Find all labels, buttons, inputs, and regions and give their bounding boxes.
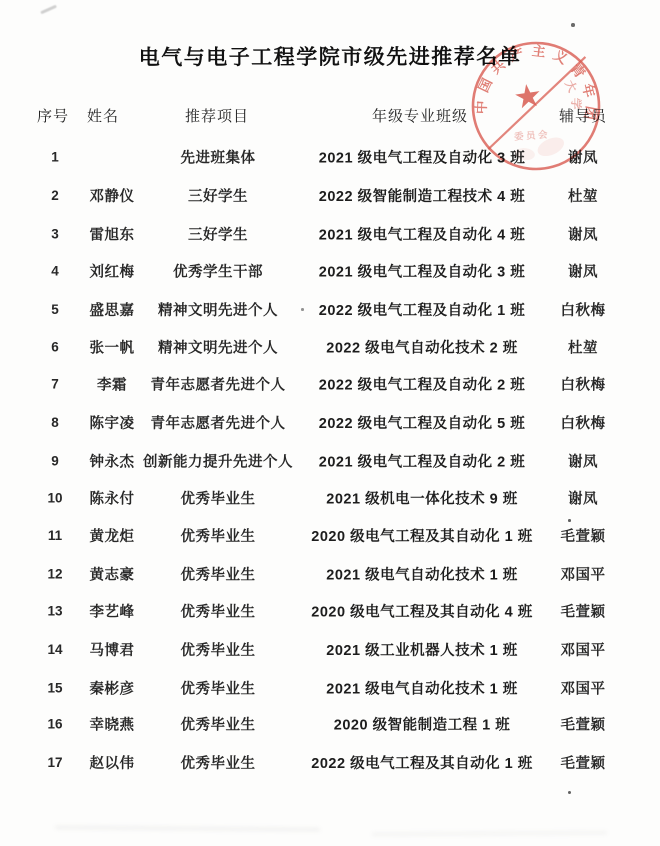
cell-counselor: 谢凤: [533, 479, 633, 517]
cell-class: 2021 级电气自动化技术 1 班: [302, 555, 542, 593]
cell-class: 2022 级电气工程及自动化 1 班: [302, 290, 542, 328]
scan-artifact-smudge: [40, 5, 57, 14]
cell-class: 2020 级智能制造工程 1 班: [302, 706, 542, 744]
cell-class: 2021 级工业机器人技术 1 班: [302, 630, 542, 668]
table-row: 13 李艺峰 优秀毕业生 2020 级电气工程及其自动化 4 班 毛萱颖: [0, 592, 660, 630]
table-row: 8 陈宇凌 青年志愿者先进个人 2022 级电气工程及自动化 5 班 白秋梅: [0, 404, 660, 442]
cell-project: 优秀毕业生: [138, 669, 298, 707]
cell-counselor: 毛萱颖: [533, 592, 633, 630]
cell-project: 先进班集体: [138, 139, 298, 177]
cell-project: 三好学生: [138, 215, 298, 253]
cell-counselor: 谢凤: [533, 252, 633, 290]
star-icon: ★: [511, 76, 544, 116]
cell-counselor: 白秋梅: [533, 404, 633, 442]
table-row: 4 刘红梅 优秀学生干部 2021 级电气工程及自动化 3 班 谢凤: [0, 252, 660, 290]
cell-class: 2022 级电气工程及自动化 2 班: [302, 365, 542, 403]
cell-class: 2021 级机电一体化技术 9 班: [302, 479, 542, 517]
cell-project: 三好学生: [138, 177, 298, 215]
cell-project: 创新能力提升先进个人: [138, 442, 298, 480]
seal-ink-blot: [514, 147, 535, 161]
cell-project: 优秀毕业生: [138, 555, 298, 593]
cell-counselor: 毛萱颖: [533, 744, 633, 782]
header-project: 推荐项目: [137, 103, 297, 127]
table-row: 12 黄志豪 优秀毕业生 2021 级电气自动化技术 1 班 邓国平: [0, 555, 660, 593]
cell-project: 精神文明先进个人: [138, 290, 298, 328]
table-row: 6 张一帆 精神文明先进个人 2022 级电气自动化技术 2 班 杜堃: [0, 329, 660, 367]
scanned-document-page: 电气与电子工程学院市级先进推荐名单 序号 姓名 推荐项目 年级专业班级 辅导员 …: [0, 0, 660, 846]
cell-counselor: 白秋梅: [533, 290, 633, 328]
cell-project: 优秀毕业生: [138, 744, 298, 782]
cell-counselor: 谢凤: [533, 442, 633, 480]
cell-class: 2022 级电气工程及其自动化 1 班: [302, 744, 542, 782]
cell-project: 优秀学生干部: [138, 252, 298, 290]
cell-counselor: 邓国平: [533, 669, 633, 707]
scan-artifact-streak: [372, 831, 607, 836]
cell-project: 精神文明先进个人: [138, 329, 298, 367]
cell-class: 2022 级电气自动化技术 2 班: [302, 329, 542, 367]
cell-class: 2020 级电气工程及其自动化 4 班: [302, 592, 542, 630]
cell-project: 优秀毕业生: [138, 479, 298, 517]
cell-counselor: 白秋梅: [533, 365, 633, 403]
youth-league-seal: 中国共产主义青年团 大学 委员会 ★: [452, 22, 619, 189]
table-row: 14 马博君 优秀毕业生 2021 级工业机器人技术 1 班 邓国平: [0, 630, 660, 668]
cell-class: 2021 级电气工程及自动化 4 班: [302, 215, 542, 253]
table-row: 7 李霜 青年志愿者先进个人 2022 级电气工程及自动化 2 班 白秋梅: [0, 365, 660, 403]
scan-artifact-dot: [568, 791, 571, 794]
cell-counselor: 谢凤: [533, 215, 633, 253]
cell-class: 2021 级电气工程及自动化 3 班: [302, 252, 542, 290]
cell-class: 2022 级智能制造工程技术 4 班: [302, 177, 542, 215]
cell-class: 2021 级电气工程及自动化 2 班: [302, 442, 542, 480]
cell-counselor: 邓国平: [533, 555, 633, 593]
cell-class: 2022 级电气工程及自动化 5 班: [302, 404, 542, 442]
cell-class: 2021 级电气自动化技术 1 班: [302, 669, 542, 707]
table-row: 15 秦彬彦 优秀毕业生 2021 级电气自动化技术 1 班 邓国平: [0, 669, 660, 707]
table-row: 3 雷旭东 三好学生 2021 级电气工程及自动化 4 班 谢凤: [0, 215, 660, 253]
table-row: 17 赵以伟 优秀毕业生 2022 级电气工程及其自动化 1 班 毛萱颖: [0, 744, 660, 782]
table-row: 9 钟永杰 创新能力提升先进个人 2021 级电气工程及自动化 2 班 谢凤: [0, 442, 660, 480]
cell-counselor: 毛萱颖: [533, 517, 633, 555]
table-row: 5 盛思嘉 精神文明先进个人 2022 级电气工程及自动化 1 班 白秋梅: [0, 290, 660, 328]
table-row: 11 黄龙炬 优秀毕业生 2020 级电气工程及其自动化 1 班 毛萱颖: [0, 517, 660, 555]
cell-project: 优秀毕业生: [138, 706, 298, 744]
table-row: 16 幸晓燕 优秀毕业生 2020 级智能制造工程 1 班 毛萱颖: [0, 706, 660, 744]
cell-project: 优秀毕业生: [138, 517, 298, 555]
cell-counselor: 邓国平: [533, 630, 633, 668]
cell-counselor: 毛萱颖: [533, 706, 633, 744]
cell-project: 优秀毕业生: [138, 630, 298, 668]
cell-class: 2020 级电气工程及其自动化 1 班: [302, 517, 542, 555]
table-row: 10 陈永付 优秀毕业生 2021 级机电一体化技术 9 班 谢凤: [0, 479, 660, 517]
scan-artifact-streak: [55, 826, 320, 831]
cell-project: 青年志愿者先进个人: [138, 365, 298, 403]
cell-counselor: 杜堃: [533, 329, 633, 367]
table-body: 1 先进班集体 2021 级电气工程及自动化 3 班 谢凤 2 邓静仪 三好学生…: [0, 139, 660, 782]
scan-artifact-dot: [571, 23, 575, 27]
cell-project: 优秀毕业生: [138, 592, 298, 630]
seal-bottom-text: 委员会: [514, 128, 551, 142]
cell-project: 青年志愿者先进个人: [138, 404, 298, 442]
